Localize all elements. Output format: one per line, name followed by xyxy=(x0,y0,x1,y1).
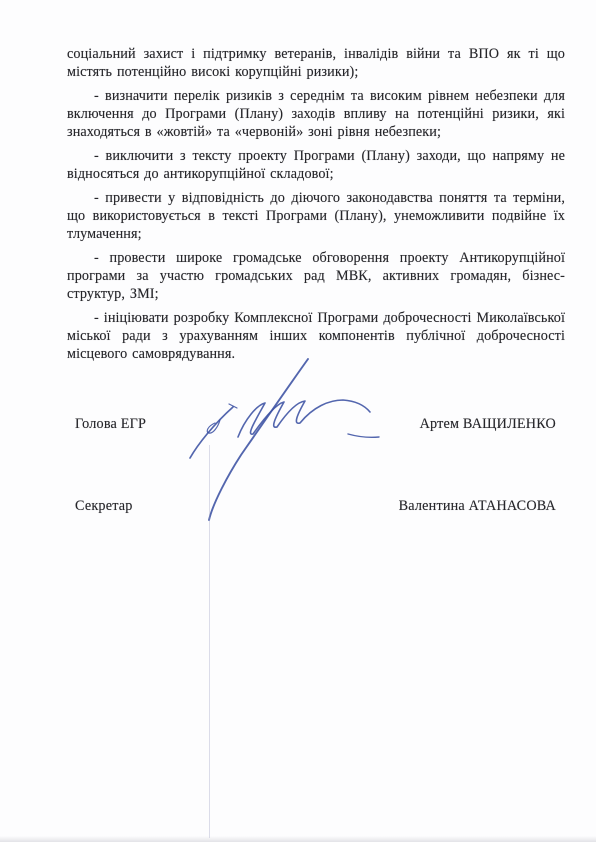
paragraph-bullet: - визначити перелік ризиків з середнім т… xyxy=(67,87,565,141)
signatory-role: Секретар xyxy=(75,499,133,514)
signature-row-secretary: Секретар Валентина АТАНАСОВА xyxy=(75,499,556,514)
paragraph-continuation: соціальний захист і підтримку ветеранів,… xyxy=(67,45,565,81)
paragraph-bullet: - ініціювати розробку Комплексної Програ… xyxy=(67,309,565,363)
paragraph-bullet: - провести широке громадське обговорення… xyxy=(67,249,565,303)
document-page: соціальний захист і підтримку ветеранів,… xyxy=(0,0,596,842)
paragraph-bullet: - привести у відповідність до діючого за… xyxy=(67,189,565,243)
signature-row-chair: Голова ЕГР Артем ВАЩИЛЕНКО xyxy=(75,417,556,432)
signatory-role: Голова ЕГР xyxy=(75,417,146,432)
scan-fold-line xyxy=(209,445,210,838)
scan-bottom-edge xyxy=(0,836,596,842)
paragraph-bullet: - виключити з тексту проекту Програми (П… xyxy=(67,147,565,183)
signatory-name: Артем ВАЩИЛЕНКО xyxy=(420,417,556,432)
signatory-name: Валентина АТАНАСОВА xyxy=(399,499,556,514)
document-body: соціальний захист і підтримку ветеранів,… xyxy=(67,45,565,369)
